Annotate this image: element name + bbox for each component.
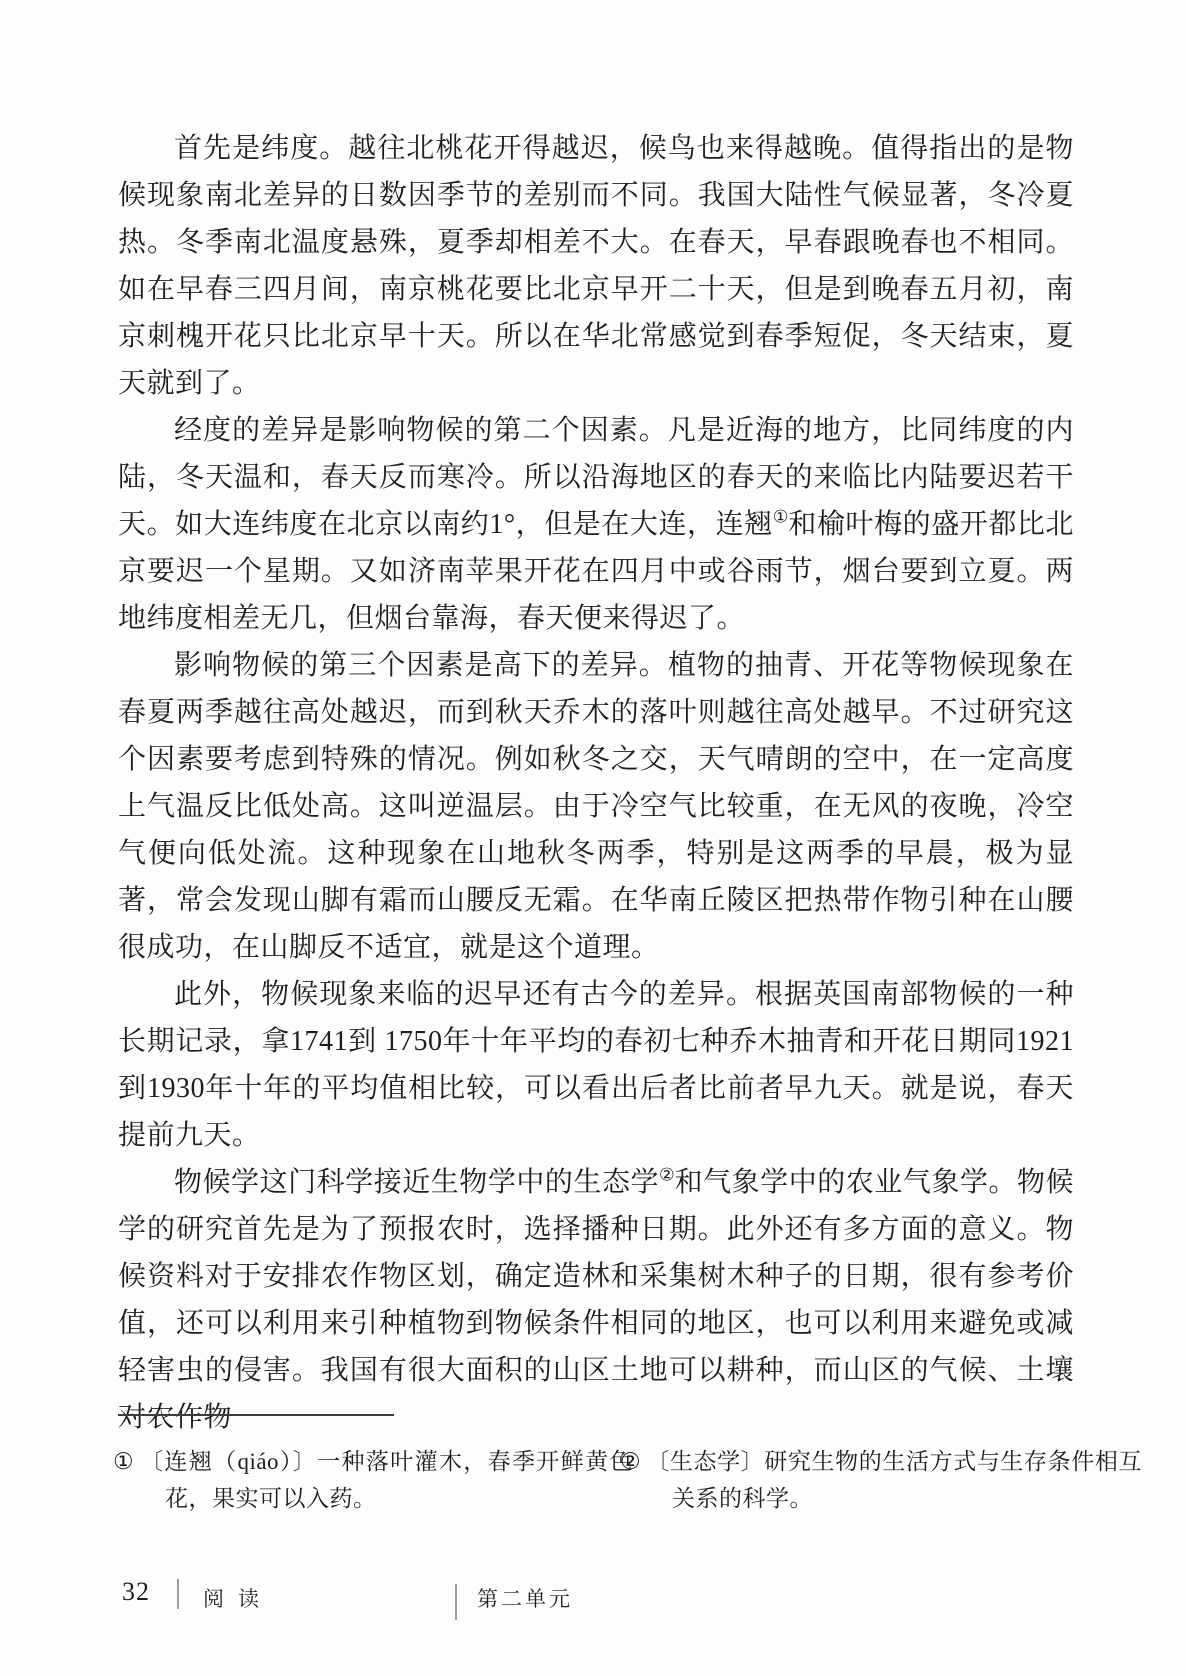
page-footer: 32 阅读 第二单元: [0, 1576, 1186, 1636]
footnote-reference: ①: [773, 508, 789, 527]
footnote-separator: [118, 1414, 394, 1416]
footnote-2-text: 〔生态学〕研究生物的生活方式与生存条件相互关系的科学。: [646, 1449, 1142, 1511]
article-body: 首先是纬度。越往北桃花开得越迟，候鸟也来得越晚。值得指出的是物候现象南北差异的日…: [118, 125, 1074, 1441]
footnote-1-text: 〔连翘（qiáo）〕一种落叶灌木，春季开鲜黄色花，果实可以入药。: [140, 1449, 633, 1511]
footnote-2: ②〔生态学〕研究生物的生活方式与生存条件相互关系的科学。: [620, 1443, 1142, 1517]
paragraph-text: 影响物候的第三个因素是高下的差异。植物的抽青、开花等物候现象在春夏两季越往高处越…: [118, 650, 1074, 963]
paragraph: 首先是纬度。越往北桃花开得越迟，候鸟也来得越晚。值得指出的是物候现象南北差异的日…: [118, 125, 1074, 407]
page-number: 32: [122, 1577, 150, 1607]
footer-divider-2: [455, 1584, 457, 1620]
textbook-page: 首先是纬度。越往北桃花开得越迟，候鸟也来得越晚。值得指出的是物候现象南北差异的日…: [0, 0, 1186, 1676]
footer-unit-label: 第二单元: [477, 1583, 573, 1613]
paragraph-text: 首先是纬度。越往北桃花开得越迟，候鸟也来得越晚。值得指出的是物候现象南北差异的日…: [118, 133, 1074, 399]
footnote-2-marker: ②: [620, 1449, 641, 1474]
footer-divider-1: [177, 1579, 179, 1609]
footer-section-label: 阅读: [203, 1583, 273, 1613]
paragraph-text: 此外，物候现象来临的迟早还有古今的差异。根据英国南部物候的一种长期记录，拿174…: [118, 979, 1074, 1151]
paragraph-text: 物候学这门科学接近生物学中的生态学: [174, 1167, 659, 1198]
paragraph: 此外，物候现象来临的迟早还有古今的差异。根据英国南部物候的一种长期记录，拿174…: [118, 971, 1074, 1159]
paragraph: 影响物候的第三个因素是高下的差异。植物的抽青、开花等物候现象在春夏两季越往高处越…: [118, 642, 1074, 971]
footnote-1-marker: ①: [113, 1449, 135, 1474]
footnote-reference: ②: [659, 1166, 675, 1185]
paragraph: 物候学这门科学接近生物学中的生态学②和气象学中的农业气象学。物候学的研究首先是为…: [118, 1159, 1074, 1441]
paragraph-text: 和气象学中的农业气象学。物候学的研究首先是为了预报农时，选择播种日期。此外还有多…: [118, 1167, 1074, 1433]
footnote-1: ①〔连翘（qiáo）〕一种落叶灌木，春季开鲜黄色花，果实可以入药。: [113, 1443, 633, 1517]
paragraph: 经度的差异是影响物候的第二个因素。凡是近海的地方，比同纬度的内陆，冬天温和，春天…: [118, 407, 1074, 642]
